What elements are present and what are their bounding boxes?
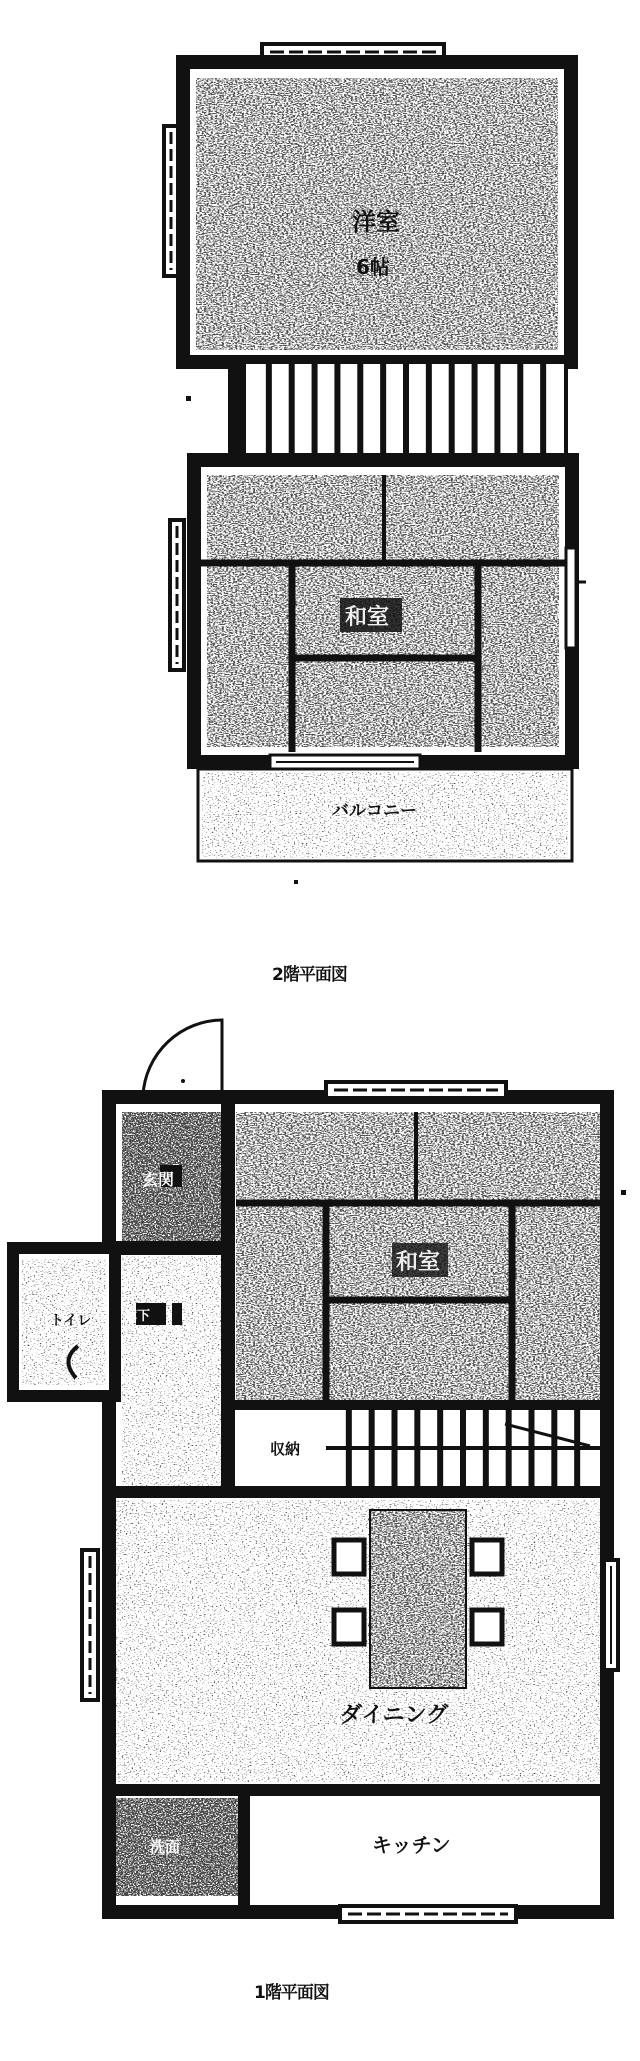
room-label-toilet: トイレ bbox=[50, 1313, 91, 1329]
marker-dot bbox=[621, 1190, 626, 1195]
room-label-japanese-1f: 和室 bbox=[396, 1249, 440, 1275]
room-western-6jo: 洋室 6帖 bbox=[183, 62, 571, 362]
first-floor-plan: 玄関 トイレ 廊下 bbox=[13, 1020, 626, 1922]
room-label-entrance: 玄関 bbox=[142, 1170, 174, 1189]
room-label-washroom: 洗面 bbox=[150, 1838, 180, 1856]
stairwell-2f bbox=[230, 362, 566, 460]
window-2f-west-upper bbox=[164, 126, 178, 276]
room-japanese-2f: 和室 bbox=[194, 460, 572, 762]
window-2f-east-lower bbox=[566, 548, 586, 648]
room-storage: 収納 bbox=[236, 1410, 326, 1486]
second-floor-plan: 洋室 6帖 和室 bbox=[164, 44, 586, 884]
room-label-dining: ダイニング bbox=[340, 1703, 449, 1728]
window-1f-north bbox=[326, 1082, 506, 1098]
floor-plan-drawing: 洋室 6帖 和室 bbox=[0, 0, 640, 2061]
room-toilet: トイレ bbox=[13, 1248, 115, 1396]
room-label-hallway: 廊下 bbox=[124, 1308, 150, 1324]
marker-dot bbox=[186, 396, 191, 401]
room-label-japanese-2f: 和室 bbox=[345, 604, 389, 630]
room-hallway: 廊下 bbox=[122, 1256, 222, 1486]
room-washroom: 洗面 bbox=[116, 1798, 238, 1896]
room-label-storage: 収納 bbox=[270, 1440, 300, 1458]
room-kitchen: キッチン bbox=[250, 1800, 600, 1896]
window-1f-south bbox=[340, 1906, 516, 1922]
room-size-western: 6帖 bbox=[356, 255, 390, 279]
room-label-balcony: バルコニー bbox=[332, 801, 417, 821]
room-dining: ダイニング bbox=[116, 1500, 600, 1782]
door-to-balcony bbox=[270, 755, 420, 769]
window-2f-west-lower bbox=[170, 520, 184, 670]
balcony: バルコニー bbox=[198, 769, 572, 861]
marker-dot bbox=[294, 880, 298, 884]
caption-1f-floor-plan: 1階平面図 bbox=[254, 1978, 329, 2003]
room-japanese-1f: 和室 bbox=[236, 1112, 600, 1402]
entrance-door bbox=[143, 1020, 222, 1095]
room-label-western: 洋室 bbox=[352, 208, 400, 236]
room-label-kitchen: キッチン bbox=[372, 1833, 451, 1857]
caption-2f-floor-plan: 2階平面図 bbox=[272, 960, 347, 985]
window-1f-east bbox=[604, 1560, 618, 1670]
room-entrance: 玄関 bbox=[122, 1112, 222, 1242]
window-1f-west bbox=[82, 1550, 98, 1700]
